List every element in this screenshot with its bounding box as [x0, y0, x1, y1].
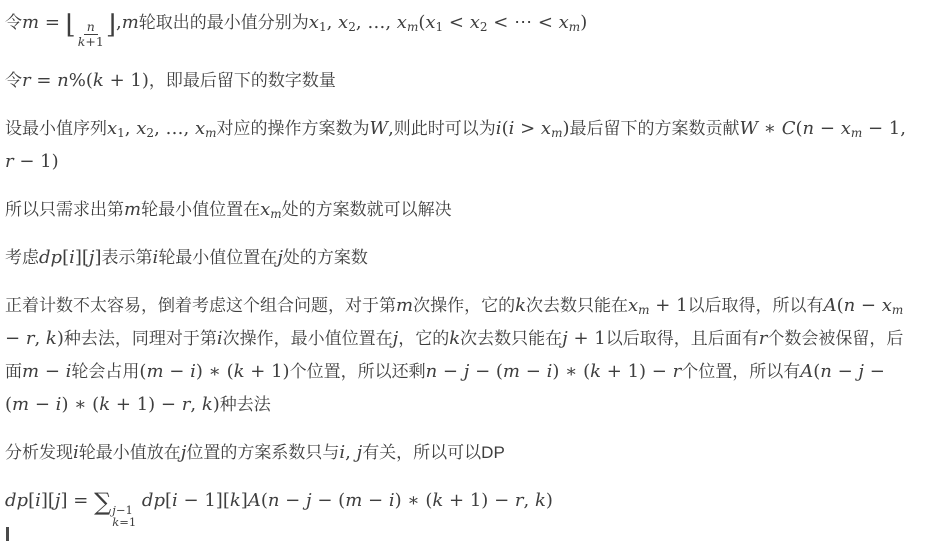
floor-left-bracket-icon: ⌊ — [66, 10, 76, 40]
floor-fraction: ⌊nk+1⌋ — [66, 12, 116, 33]
text-segment: 所以只需求出第 — [5, 200, 124, 219]
text-cursor — [6, 527, 9, 541]
text-segment: 正着计数不太容易，倒着考虑这个组合问题，对于第 — [5, 296, 396, 315]
math-segment: xm + 1 — [628, 295, 688, 316]
math-segment: dp[i − 1][k]A(n − j − (m − i) ∗ (k + 1) … — [136, 490, 553, 511]
text-segment: 轮会占用 — [71, 362, 139, 381]
math-segment: j + 1 — [562, 328, 606, 349]
math-segment: ,m — [116, 12, 139, 33]
text-segment: ，即最后留下的数字数量 — [149, 71, 336, 90]
text-segment: 轮最小值放在 — [79, 443, 181, 462]
text-segment: 表示第 — [102, 248, 153, 267]
text-segment: 次去数只能在 — [460, 329, 562, 348]
text-segment: 种去法，同理对于第 — [64, 329, 217, 348]
text-segment: 位置的方案系数只与 — [186, 443, 339, 462]
text-segment: 种去法 — [220, 395, 271, 414]
para-dp-observation: 分析发现i轮最小值放在j位置的方案系数只与i, j有关，所以可以DP — [5, 436, 910, 469]
text-segment: 设最小值序列 — [5, 119, 107, 138]
math-segment: k — [515, 295, 526, 316]
para-dp-def: 考虑dp[i][j]表示第i轮最小值位置在j处的方案数 — [5, 241, 910, 274]
text-segment: 则此时可以为 — [394, 119, 496, 138]
math-segment: (m − i) ∗ (k + 1) — [139, 361, 289, 382]
para-reduce: 所以只需求出第m轮最小值位置在xm处的方案数就可以解决 — [5, 193, 910, 226]
text-segment: 以后取得，所以有 — [688, 296, 824, 315]
text-segment: 最后留下的方案数贡献 — [570, 119, 740, 138]
summation: ∑j−1k=1 — [94, 490, 136, 511]
document-body: 令m = ⌊nk+1⌋,m轮取出的最小值分别为x1, x2, …, xm(x1 … — [0, 0, 920, 528]
text-segment: 轮最小值位置在 — [141, 200, 260, 219]
math-segment: k — [449, 328, 460, 349]
floor-right-bracket-icon: ⌋ — [106, 10, 116, 40]
text-segment: 处的方案数就可以解决 — [282, 200, 452, 219]
math-segment: r = n%(k + 1) — [22, 70, 149, 91]
para-contribution: 设最小值序列x1, x2, …, xm对应的操作方案数为W,则此时可以为i(i … — [5, 112, 910, 178]
math-segment: dp[i][j] — [39, 247, 102, 268]
para-define-r: 令r = n%(k + 1)，即最后留下的数字数量 — [5, 64, 910, 97]
text-segment: 令 — [5, 13, 22, 32]
text-segment: 考虑 — [5, 248, 39, 267]
math-segment: i, j — [339, 442, 362, 463]
math-segment: xm — [260, 199, 282, 220]
text-segment: 对应的操作方案数为 — [217, 119, 370, 138]
para-define-m: 令m = ⌊nk+1⌋,m轮取出的最小值分别为x1, x2, …, xm(x1 … — [5, 6, 910, 49]
text-segment: 分析发现 — [5, 443, 73, 462]
text-segment: 次去数只能在 — [526, 296, 628, 315]
sigma-icon: ∑ — [94, 488, 111, 516]
math-segment: m — [124, 199, 141, 220]
math-segment: m = — [22, 12, 66, 33]
math-segment: n − j − (m − i) ∗ (k + 1) − r — [426, 361, 682, 382]
text-segment: 个位置，所以有 — [681, 362, 800, 381]
text-segment: 以后取得，且后面有 — [606, 329, 759, 348]
text-segment: 轮最小值位置在 — [158, 248, 277, 267]
math-segment: dp[i][j] = — [5, 490, 94, 511]
text-segment: 处的方案数 — [283, 248, 368, 267]
para-dp-formula: dp[i][j] = ∑j−1k=1 dp[i − 1][k]A(n − j −… — [5, 484, 910, 528]
text-segment: 有关，所以可以DP — [362, 443, 505, 462]
math-segment: m — [396, 295, 413, 316]
math-segment: i(i > xm) — [496, 118, 570, 139]
text-segment: 次操作，它的 — [413, 296, 515, 315]
text-segment: 轮取出的最小值分别为 — [139, 13, 309, 32]
para-analysis: 正着计数不太容易，倒着考虑这个组合问题，对于第m次操作，它的k次去数只能在xm … — [5, 289, 910, 421]
text-segment: ，它的 — [398, 329, 449, 348]
math-segment: x1, x2, …, xm(x1 < x2 < ⋯ < xm) — [309, 12, 587, 33]
math-segment: m − i — [22, 361, 71, 382]
text-segment: 个位置，所以还剩 — [290, 362, 426, 381]
math-segment: W, — [370, 118, 394, 139]
text-segment: 令 — [5, 71, 22, 90]
math-segment: x1, x2, …, xm — [107, 118, 217, 139]
text-segment: 次操作，最小值位置在 — [223, 329, 393, 348]
